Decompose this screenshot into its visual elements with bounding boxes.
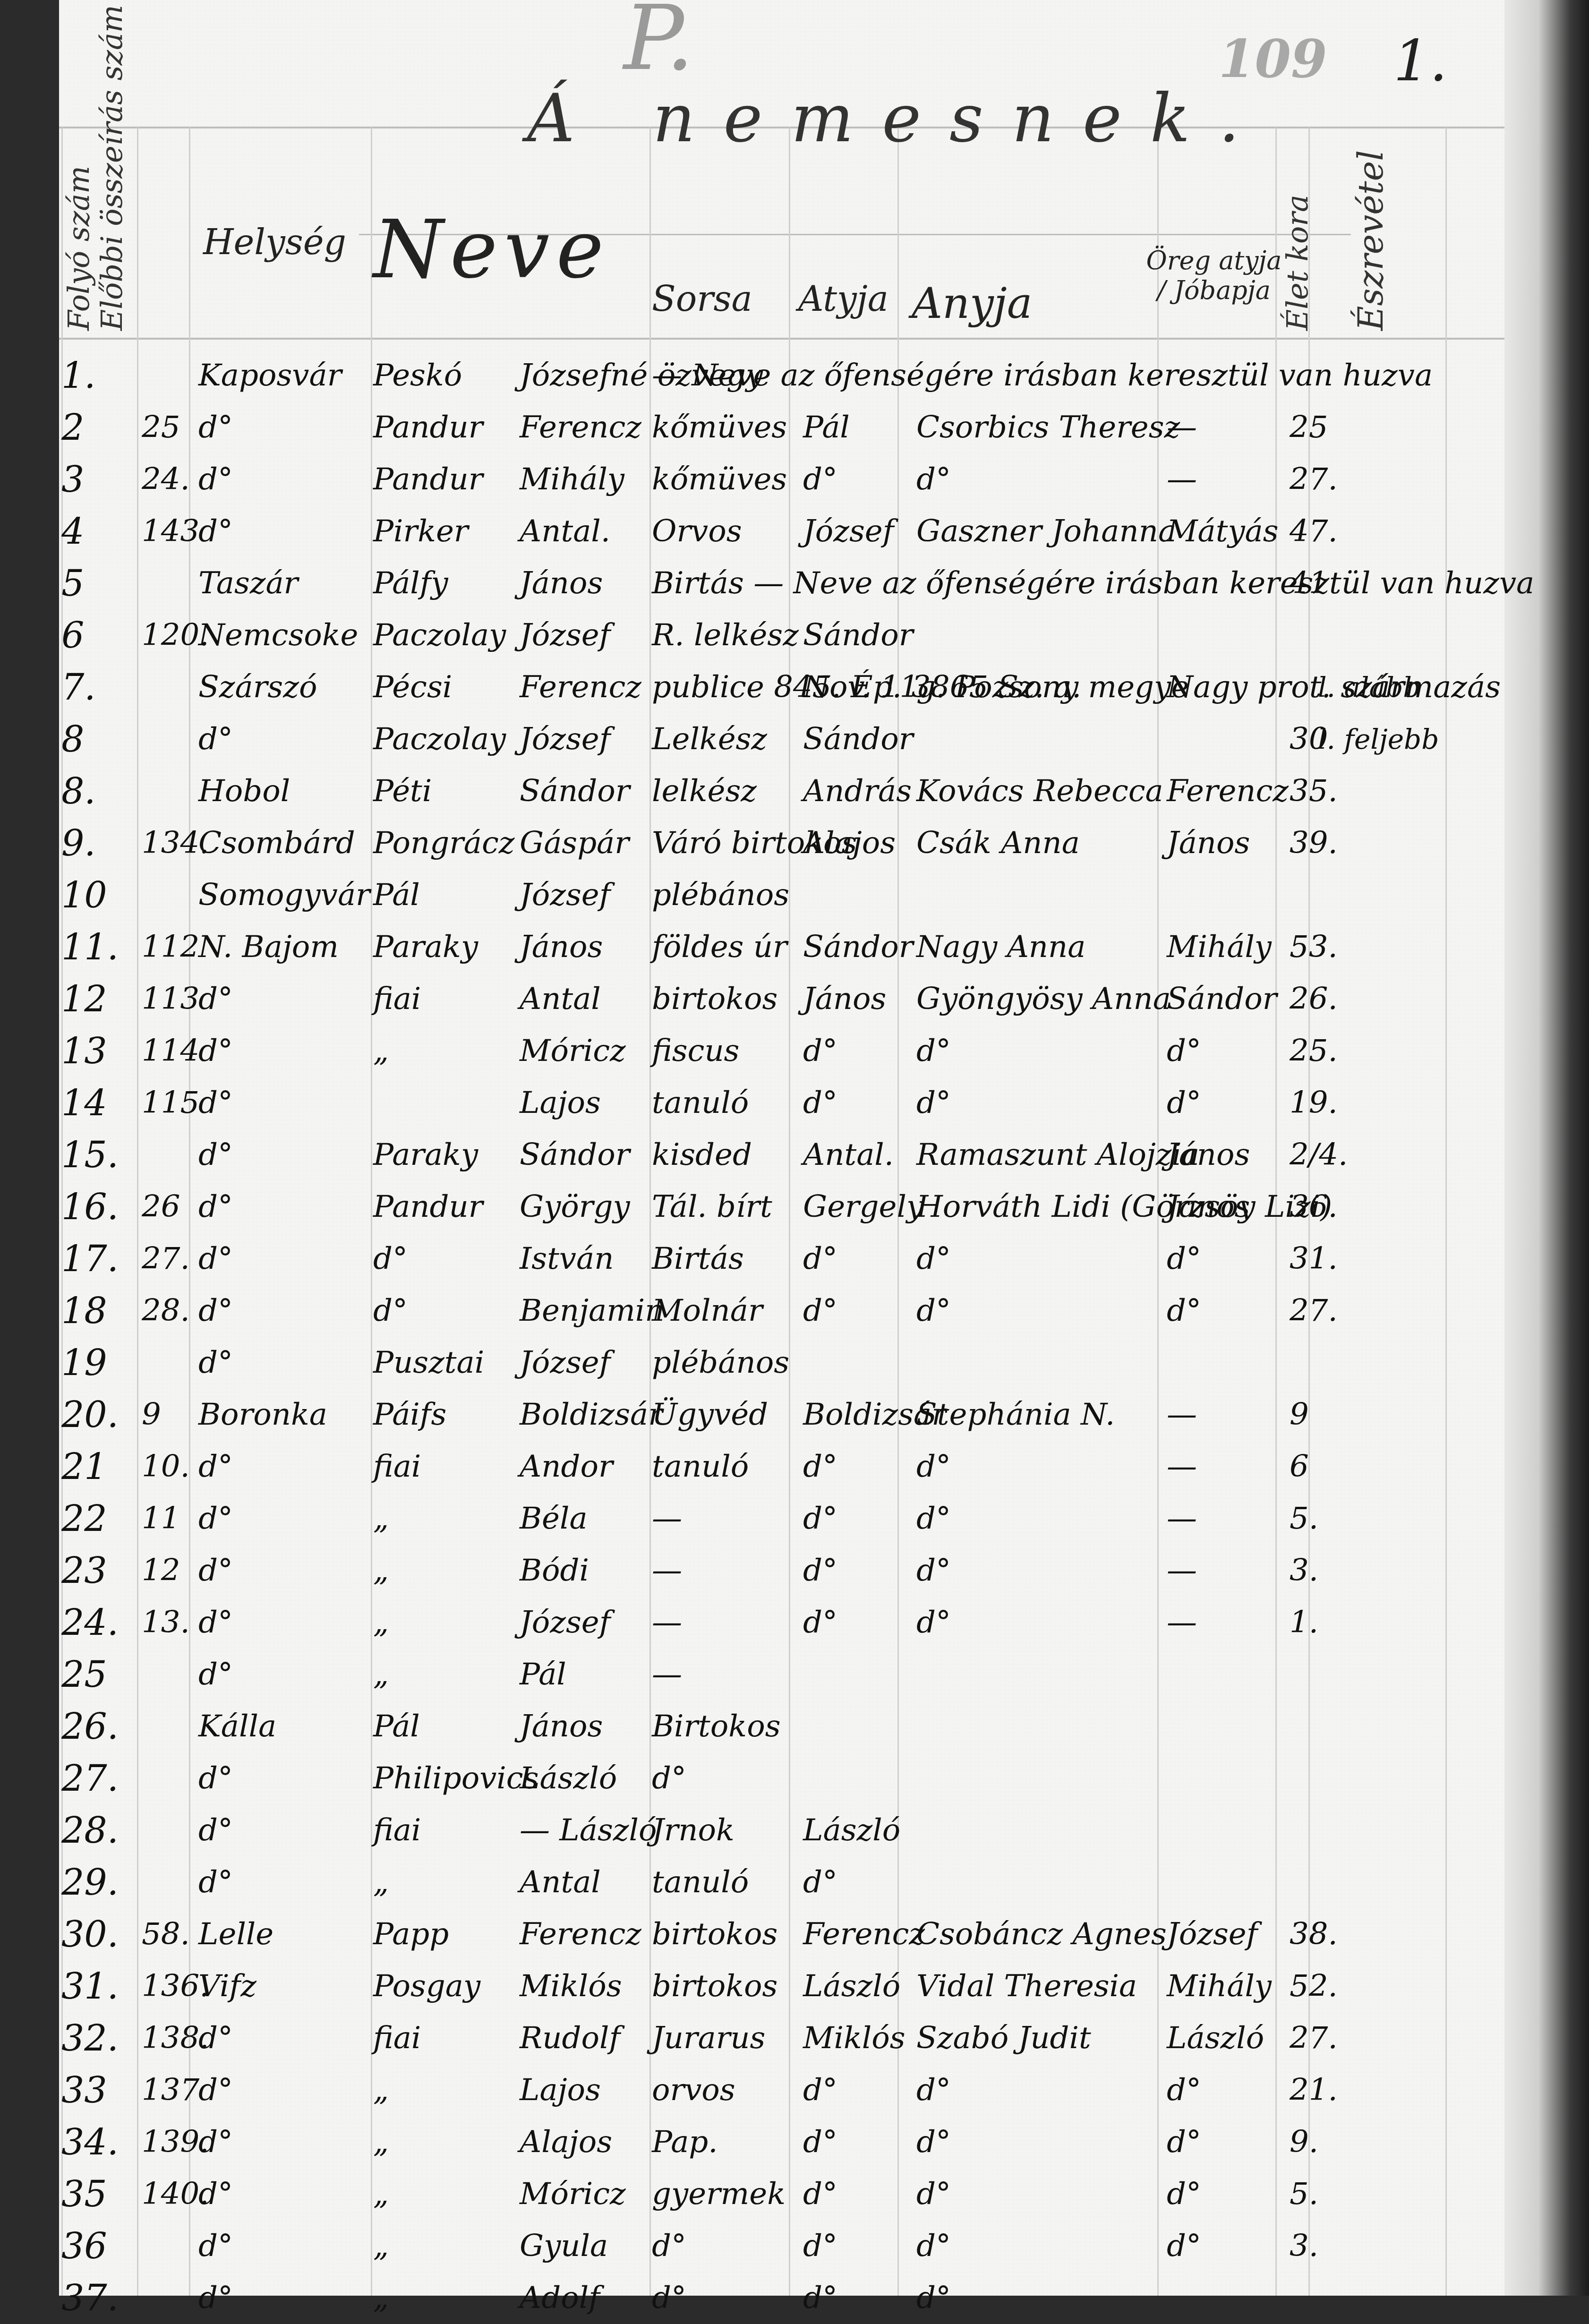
surname: „	[373, 2168, 389, 2220]
age: 26.	[1290, 973, 1338, 1025]
given-name: József	[520, 1597, 610, 1649]
grandfather-name: Ferencz	[1167, 765, 1289, 817]
table-row: 14115d°Lajostanulód°d°d°19.	[0, 1077, 1589, 1129]
age: 2/4.	[1290, 1129, 1348, 1181]
table-row: 26.KállaPálJánosBirtokos	[0, 1700, 1589, 1752]
locality: Somogyvár	[198, 869, 370, 921]
remarks: l. feljebb	[1318, 713, 1439, 765]
father-name: János	[803, 973, 886, 1025]
surname: „	[373, 1025, 389, 1077]
given-name: Móricz	[520, 2168, 626, 2220]
father-name: Sándor	[803, 713, 913, 765]
profession: birtokos	[652, 1908, 777, 1960]
surname: „	[373, 2064, 389, 2116]
surname: Paraky	[373, 921, 478, 973]
given-name: Antal	[520, 1856, 601, 1908]
prev-house-number: 28.	[142, 1285, 190, 1337]
profession: földes úr	[652, 921, 787, 973]
row-number: 27.	[61, 1752, 119, 1804]
locality: d°	[198, 1181, 233, 1233]
profession: Jurarus	[652, 2012, 765, 2064]
mother-name: d°	[916, 2116, 951, 2168]
profession: plébános	[652, 1337, 789, 1389]
prev-house-number: 10.	[142, 1441, 190, 1493]
locality: Kaposvár	[198, 350, 342, 402]
father-name: Alajos	[803, 817, 896, 869]
table-row: 2211d°„Béla—d°d°—5.	[0, 1493, 1589, 1545]
surname: Papp	[373, 1908, 449, 1960]
surname: Paczolay	[373, 713, 506, 765]
surname: „	[373, 1545, 389, 1597]
locality: d°	[198, 2116, 233, 2168]
locality: Taszár	[198, 557, 298, 609]
surname: „	[373, 1856, 389, 1908]
table-row: 34.139.d°„AlajosPap.d°d°d°9.	[0, 2116, 1589, 2168]
table-row: 4143d°PirkerAntal.OrvosJózsefGaszner Joh…	[0, 505, 1589, 557]
header-mother: Anyja	[912, 279, 1032, 328]
grandfather-name: —	[1167, 1597, 1197, 1649]
locality: Szárszó	[198, 661, 317, 713]
table-row: 1828.d°d°BenjaminMolnárd°d°d°27.	[0, 1285, 1589, 1337]
row-number: 37.	[61, 2272, 119, 2296]
given-name: József	[520, 609, 610, 661]
row-number: 33	[61, 2064, 107, 2116]
age: 47.	[1290, 505, 1338, 557]
father-name: d°	[803, 453, 837, 505]
father-name: d°	[803, 1441, 837, 1493]
locality: d°	[198, 1597, 233, 1649]
profession: kőmüves	[652, 453, 787, 505]
header-bottom-rule	[59, 338, 1504, 340]
age: 5.	[1290, 1493, 1318, 1545]
row-number: 9.	[61, 817, 96, 869]
given-name: János	[520, 1700, 603, 1752]
mother-name: Nagy Anna	[916, 921, 1085, 973]
header-name: Neve	[373, 203, 610, 297]
mother-name: Gyöngyösy Anna	[916, 973, 1171, 1025]
prev-house-number: 11	[142, 1493, 180, 1545]
profession: plébános	[652, 869, 789, 921]
mother-name: Csorbics Theresz	[916, 402, 1180, 453]
locality: d°	[198, 1337, 233, 1389]
row-number: 3	[61, 453, 84, 505]
given-name: Lajos	[520, 1077, 601, 1129]
locality: d°	[198, 505, 233, 557]
locality: Vifz	[198, 1960, 256, 2012]
surname: Pécsi	[373, 661, 452, 713]
mother-name: d°	[916, 453, 951, 505]
header-profession: Sorsa	[652, 279, 752, 319]
father-name: András	[803, 765, 912, 817]
mother-name: Ramaszunt Alojzia	[916, 1129, 1199, 1181]
table-row: 1.KaposvárPeskóJózsefné özvegy— Neve az …	[0, 350, 1589, 402]
given-name: Sándor	[520, 1129, 630, 1181]
row-number: 5	[61, 557, 84, 609]
header-prev-house-no: Előbbi összeírás szám	[94, 5, 129, 331]
prev-house-number: 27.	[142, 1233, 190, 1285]
locality: d°	[198, 1025, 233, 1077]
table-row: 32.138.d°fiaiRudolfJurarusMiklósSzabó Ju…	[0, 2012, 1589, 2064]
profession: Birtokos	[652, 1700, 781, 1752]
profession: lelkész	[652, 765, 757, 817]
table-row: 16.26d°PandurGyörgyTál. bírtGergelyHorvá…	[0, 1181, 1589, 1233]
father-name: d°	[803, 2272, 837, 2296]
given-name: Ferencz	[520, 1908, 641, 1960]
header-locality: Helység	[203, 222, 346, 263]
profession: — Neve az őfenségére irásban keresztül v…	[652, 350, 1433, 402]
prev-house-number: 9	[142, 1389, 161, 1441]
surname: d°	[373, 1285, 408, 1337]
father-name: László	[803, 1960, 900, 2012]
mother-name: d°	[916, 1285, 951, 1337]
table-row: 31.136.VifzPosgayMiklósbirtokosLászlóVid…	[0, 1960, 1589, 2012]
profession: d°	[652, 2220, 686, 2272]
locality: d°	[198, 1441, 233, 1493]
father-name: József	[803, 505, 894, 557]
row-number: 1.	[61, 350, 96, 402]
locality: Hobol	[198, 765, 290, 817]
row-number: 2	[61, 402, 84, 453]
table-row: 225d°PandurFerenczkőmüvesPálCsorbics The…	[0, 402, 1589, 453]
father-name: d°	[803, 2220, 837, 2272]
table-row: 27.d°PhilipovicsLászlód°	[0, 1752, 1589, 1804]
given-name: Gáspár	[520, 817, 629, 869]
row-number: 19	[61, 1337, 107, 1389]
mother-name: d°	[916, 1597, 951, 1649]
locality: d°	[198, 2272, 233, 2296]
profession: Tál. bírt	[652, 1181, 772, 1233]
page-number: 1.	[1393, 28, 1448, 94]
age: 25	[1290, 402, 1328, 453]
table-row: 8d°PaczolayJózsefLelkészSándor30l. felje…	[0, 713, 1589, 765]
grandfather-name: Sándor	[1167, 973, 1277, 1025]
father-name: Ferencz	[803, 1908, 925, 1960]
given-name: László	[520, 1752, 617, 1804]
father-name: d°	[803, 1285, 837, 1337]
row-number: 21	[61, 1441, 107, 1493]
prev-house-number: 113	[142, 973, 199, 1025]
given-name: Benjamin	[520, 1285, 665, 1337]
profession: Birtás	[652, 1233, 744, 1285]
profession: R. lelkész	[652, 609, 799, 661]
profession: Birtás — Neve az őfenségére irásban kere…	[652, 557, 1534, 609]
table-row: 33137d°„Lajosorvosd°d°d°21.	[0, 2064, 1589, 2116]
locality: d°	[198, 973, 233, 1025]
father-name: d°	[803, 2168, 837, 2220]
given-name: János	[520, 921, 603, 973]
father-name: Nov. 11.	[803, 661, 929, 713]
row-number: 24.	[61, 1597, 119, 1649]
grandfather-name: —	[1167, 1441, 1197, 1493]
row-number: 25	[61, 1649, 107, 1700]
prev-house-number: 26	[142, 1181, 180, 1233]
grandfather-name: —	[1167, 402, 1197, 453]
profession: d°	[652, 1752, 686, 1804]
age: 1.	[1290, 1597, 1318, 1649]
locality: d°	[198, 1545, 233, 1597]
father-name: László	[803, 1804, 900, 1856]
age: 39.	[1290, 817, 1338, 869]
locality: d°	[198, 1752, 233, 1804]
row-number: 10	[61, 869, 107, 921]
surname: Pandur	[373, 402, 483, 453]
profession: —	[652, 1597, 682, 1649]
age: 25.	[1290, 1025, 1338, 1077]
row-number: 35	[61, 2168, 107, 2220]
age: 9	[1290, 1389, 1309, 1441]
table-row: 8.HobolPétiSándorlelkészAndrásKovács Reb…	[0, 765, 1589, 817]
profession: tanuló	[652, 1077, 749, 1129]
given-name: József	[520, 869, 610, 921]
table-row: 35140.d°„Móriczgyermekd°d°d°5.	[0, 2168, 1589, 2220]
row-number: 18	[61, 1285, 107, 1337]
row-number: 34.	[61, 2116, 119, 2168]
age: 5.	[1290, 2168, 1318, 2220]
surname: d°	[373, 1233, 408, 1285]
given-name: Andor	[520, 1441, 613, 1493]
given-name: János	[520, 557, 603, 609]
profession: fiscus	[652, 1025, 739, 1077]
age: 6	[1290, 1441, 1309, 1493]
header-father: Atyja	[798, 279, 888, 319]
locality: d°	[198, 2220, 233, 2272]
given-name: Sándor	[520, 765, 630, 817]
age: 53.	[1290, 921, 1338, 973]
mother-name: d°	[916, 1441, 951, 1493]
locality: Lelle	[198, 1908, 273, 1960]
header-age: Élet kora	[1280, 195, 1315, 331]
profession: d°	[652, 2272, 686, 2296]
row-number: 6	[61, 609, 84, 661]
mother-name: d°	[916, 1493, 951, 1545]
table-row: 24.13.d°„József—d°d°—1.	[0, 1597, 1589, 1649]
grandfather-name: —	[1167, 1493, 1197, 1545]
surname: „	[373, 1493, 389, 1545]
surname: „	[373, 1649, 389, 1700]
table-row: 2110.d°fiaiAndortanulód°d°—6	[0, 1441, 1589, 1493]
grandfather-name: János	[1167, 1129, 1250, 1181]
surname: fiai	[373, 2012, 421, 2064]
surname: Péti	[373, 765, 432, 817]
prev-house-number: 143	[142, 505, 199, 557]
mother-name: d°	[916, 2220, 951, 2272]
father-name: Sándor	[803, 609, 913, 661]
father-name: d°	[803, 1233, 837, 1285]
mother-name: Vidal Theresia	[916, 1960, 1137, 2012]
given-name: József	[520, 713, 610, 765]
surname: Pandur	[373, 1181, 483, 1233]
age: 31.	[1290, 1233, 1338, 1285]
age: 27.	[1290, 2012, 1338, 2064]
row-number: 8	[61, 713, 84, 765]
surname: Philipovics	[373, 1752, 539, 1804]
mother-name: Gaszner Johanna	[916, 505, 1176, 557]
locality: N. Bajom	[198, 921, 339, 973]
father-name: d°	[803, 2116, 837, 2168]
age: 41	[1290, 557, 1328, 609]
pencil-annotation: P.	[624, 0, 694, 90]
row-number: 22	[61, 1493, 107, 1545]
grandfather-name: —	[1167, 453, 1197, 505]
mother-name: Csák Anna	[916, 817, 1080, 869]
grandfather-name: d°	[1167, 1233, 1201, 1285]
father-name: d°	[803, 1597, 837, 1649]
surname: Paraky	[373, 1129, 478, 1181]
surname: Pál	[373, 869, 420, 921]
age: 27.	[1290, 453, 1338, 505]
mother-name: d°	[916, 2272, 951, 2296]
grandfather-name: d°	[1167, 2116, 1201, 2168]
row-number: 30.	[61, 1908, 119, 1960]
father-name: Gergely	[803, 1181, 923, 1233]
grandfather-name: József	[1167, 1908, 1257, 1960]
table-row: 28.d°fiai— LászlóJrnokLászló	[0, 1804, 1589, 1856]
mother-name: d°	[916, 1233, 951, 1285]
locality: d°	[198, 1285, 233, 1337]
grandfather-name: d°	[1167, 1077, 1201, 1129]
table-row: 10SomogyvárPálJózsefplébános	[0, 869, 1589, 921]
age: 36.	[1290, 1181, 1338, 1233]
profession: —	[652, 1649, 682, 1700]
row-number: 8.	[61, 765, 96, 817]
profession: gyermek	[652, 2168, 786, 2220]
grandfather-name: János	[1167, 1181, 1250, 1233]
given-name: Antal	[520, 973, 601, 1025]
surname: fiai	[373, 1804, 421, 1856]
grandfather-name: d°	[1167, 1285, 1201, 1337]
row-number: 4	[61, 505, 84, 557]
row-number: 16.	[61, 1181, 119, 1233]
mother-name: d°	[916, 2064, 951, 2116]
given-name: Rudolf	[520, 2012, 620, 2064]
table-row: 19d°PusztaiJózsefplébános	[0, 1337, 1589, 1389]
surname: „	[373, 2272, 389, 2296]
age: 38.	[1290, 1908, 1338, 1960]
prev-house-number: 12	[142, 1545, 180, 1597]
mother-name: g. Pozsony megye	[916, 661, 1189, 713]
surname: Páifs	[373, 1389, 446, 1441]
father-name: d°	[803, 1545, 837, 1597]
father-name: d°	[803, 1077, 837, 1129]
prev-house-number: 58.	[142, 1908, 190, 1960]
mother-name: Kovács Rebecca	[916, 765, 1163, 817]
surname: „	[373, 2220, 389, 2272]
given-name: Béla	[520, 1493, 588, 1545]
mother-name: Szabó Judit	[916, 2012, 1091, 2064]
given-name: Pál	[520, 1649, 566, 1700]
given-name: Bódi	[520, 1545, 589, 1597]
given-name: Lajos	[520, 2064, 601, 2116]
profession: birtokos	[652, 973, 777, 1025]
locality: d°	[198, 1493, 233, 1545]
father-name: Sándor	[803, 921, 913, 973]
header-remarks: Észrevétel	[1351, 150, 1391, 331]
prev-house-number: 13.	[142, 1597, 190, 1649]
age: 9.	[1290, 2116, 1318, 2168]
table-row: 17.27.d°d°IstvánBirtásd°d°d°31.	[0, 1233, 1589, 1285]
table-row: 37.d°„Adolfd°d°d°	[0, 2272, 1589, 2296]
row-number: 14	[61, 1077, 107, 1129]
prev-house-number: 24.	[142, 453, 190, 505]
grandfather-name: d°	[1167, 2220, 1201, 2272]
row-number: 12	[61, 973, 107, 1025]
register-title: Á nemesnek.	[501, 80, 1294, 157]
profession: Ügyvéd	[652, 1389, 768, 1441]
remarks: l. alább	[1318, 661, 1420, 713]
father-name: d°	[803, 2064, 837, 2116]
mother-name: Horváth Lidi (Görzsöy Lizi)	[916, 1181, 1332, 1233]
given-name: Alajos	[520, 2116, 612, 2168]
table-row: 11.112N. BajomParakyJánosföldes úrSándor…	[0, 921, 1589, 973]
given-name: Boldizsár	[520, 1389, 663, 1441]
locality: d°	[198, 1129, 233, 1181]
row-number: 28.	[61, 1804, 119, 1856]
mother-name: Stephánia N.	[916, 1389, 1115, 1441]
grandfather-name: d°	[1167, 2064, 1201, 2116]
given-name: György	[520, 1181, 630, 1233]
profession: —	[652, 1493, 682, 1545]
mother-name: d°	[916, 1077, 951, 1129]
given-name: Gyula	[520, 2220, 608, 2272]
grandfather-name: László	[1167, 2012, 1264, 2064]
table-row: 7.SzárszóPécsiFerenczpublice 845. Ép. 38…	[0, 661, 1589, 713]
prev-house-number: 137	[142, 2064, 199, 2116]
locality: d°	[198, 1856, 233, 1908]
grandfather-name: János	[1167, 817, 1250, 869]
father-name: d°	[803, 1856, 837, 1908]
table-row: 20.9BoronkaPáifsBoldizsárÜgyvédBoldizsár…	[0, 1389, 1589, 1441]
profession: kőmüves	[652, 402, 787, 453]
locality: Kálla	[198, 1700, 276, 1752]
given-name: — László	[520, 1804, 657, 1856]
surname: Pandur	[373, 453, 483, 505]
table-row: 12113d°fiaiAntalbirtokosJánosGyöngyösy A…	[0, 973, 1589, 1025]
age: 27.	[1290, 1285, 1338, 1337]
locality: d°	[198, 1077, 233, 1129]
row-number: 36	[61, 2220, 107, 2272]
grandfather-name: d°	[1167, 1025, 1201, 1077]
surname: fiai	[373, 1441, 421, 1493]
surname: „	[373, 1597, 389, 1649]
father-name: Miklós	[803, 2012, 906, 2064]
surname: Pongrácz	[373, 817, 515, 869]
given-name: Mihály	[520, 453, 624, 505]
profession: Molnár	[652, 1285, 763, 1337]
surname: Pusztai	[373, 1337, 484, 1389]
given-name: Miklós	[520, 1960, 622, 2012]
father-name: Pál	[803, 402, 850, 453]
row-number: 17.	[61, 1233, 119, 1285]
given-name: István	[520, 1233, 614, 1285]
table-row: 29.d°„Antaltanulód°	[0, 1856, 1589, 1908]
profession: tanuló	[652, 1441, 749, 1493]
locality: Boronka	[198, 1389, 327, 1441]
locality: d°	[198, 402, 233, 453]
given-name: Ferencz	[520, 661, 641, 713]
grandfather-name: —	[1167, 1389, 1197, 1441]
prev-house-number: 115	[142, 1077, 199, 1129]
locality: d°	[198, 2064, 233, 2116]
surname: Pirker	[373, 505, 468, 557]
grandfather-name: Mihály	[1167, 921, 1272, 973]
profession: birtokos	[652, 1960, 777, 2012]
row-number: 15.	[61, 1129, 119, 1181]
mother-name: d°	[916, 1025, 951, 1077]
table-row: 30.58.LellePappFerenczbirtokosFerenczCso…	[0, 1908, 1589, 1960]
row-number: 31.	[61, 1960, 119, 2012]
profession: Orvos	[652, 505, 742, 557]
row-number: 13	[61, 1025, 107, 1077]
